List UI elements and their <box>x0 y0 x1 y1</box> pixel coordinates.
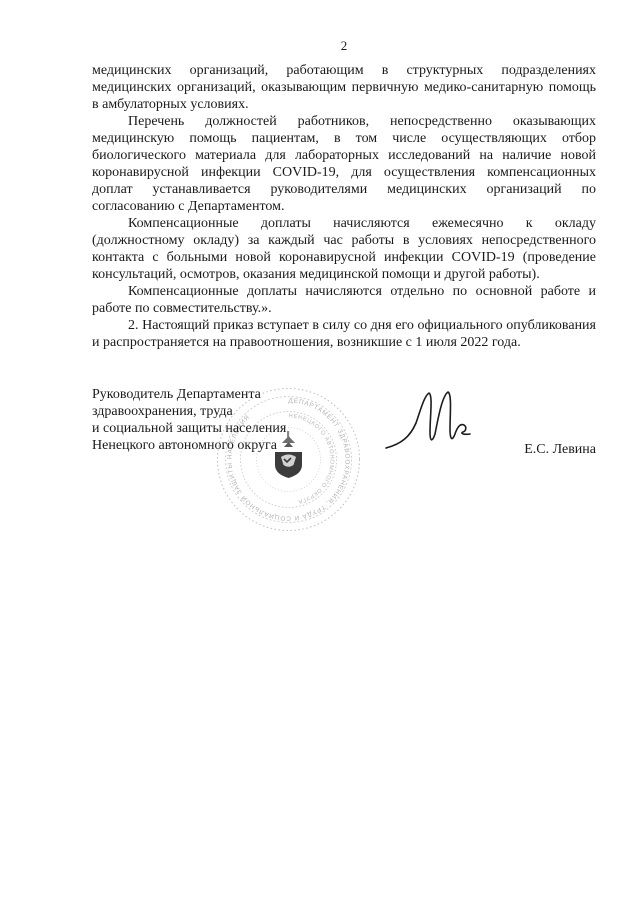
signer-position-line: Руководитель Департамента <box>92 386 596 403</box>
signer-position-line: и социальной защиты населения <box>92 420 596 437</box>
paragraph: Компенсационные доплаты начисляются ежем… <box>92 215 596 283</box>
page-number: 2 <box>92 38 596 54</box>
handwritten-signature <box>383 386 501 458</box>
signer-name: Е.С. Левина <box>524 442 596 458</box>
paragraph: медицинских организаций, работающим в ст… <box>92 62 596 113</box>
paragraph: 2. Настоящий приказ вступает в силу со д… <box>92 317 596 351</box>
signature-block: Руководитель Департамента здравоохранени… <box>92 386 596 546</box>
signer-position-line: Ненецкого автономного округа <box>92 437 596 454</box>
paragraph: Компенсационные доплаты начисляются отде… <box>92 283 596 317</box>
signer-position: Руководитель Департамента здравоохранени… <box>92 386 596 454</box>
document-text: медицинских организаций, работающим в ст… <box>92 62 596 351</box>
signer-position-line: здравоохранения, труда <box>92 403 596 420</box>
paragraph: Перечень должностей работников, непосред… <box>92 113 596 215</box>
document-page: 2 медицинских организаций, работающим в … <box>0 0 640 905</box>
